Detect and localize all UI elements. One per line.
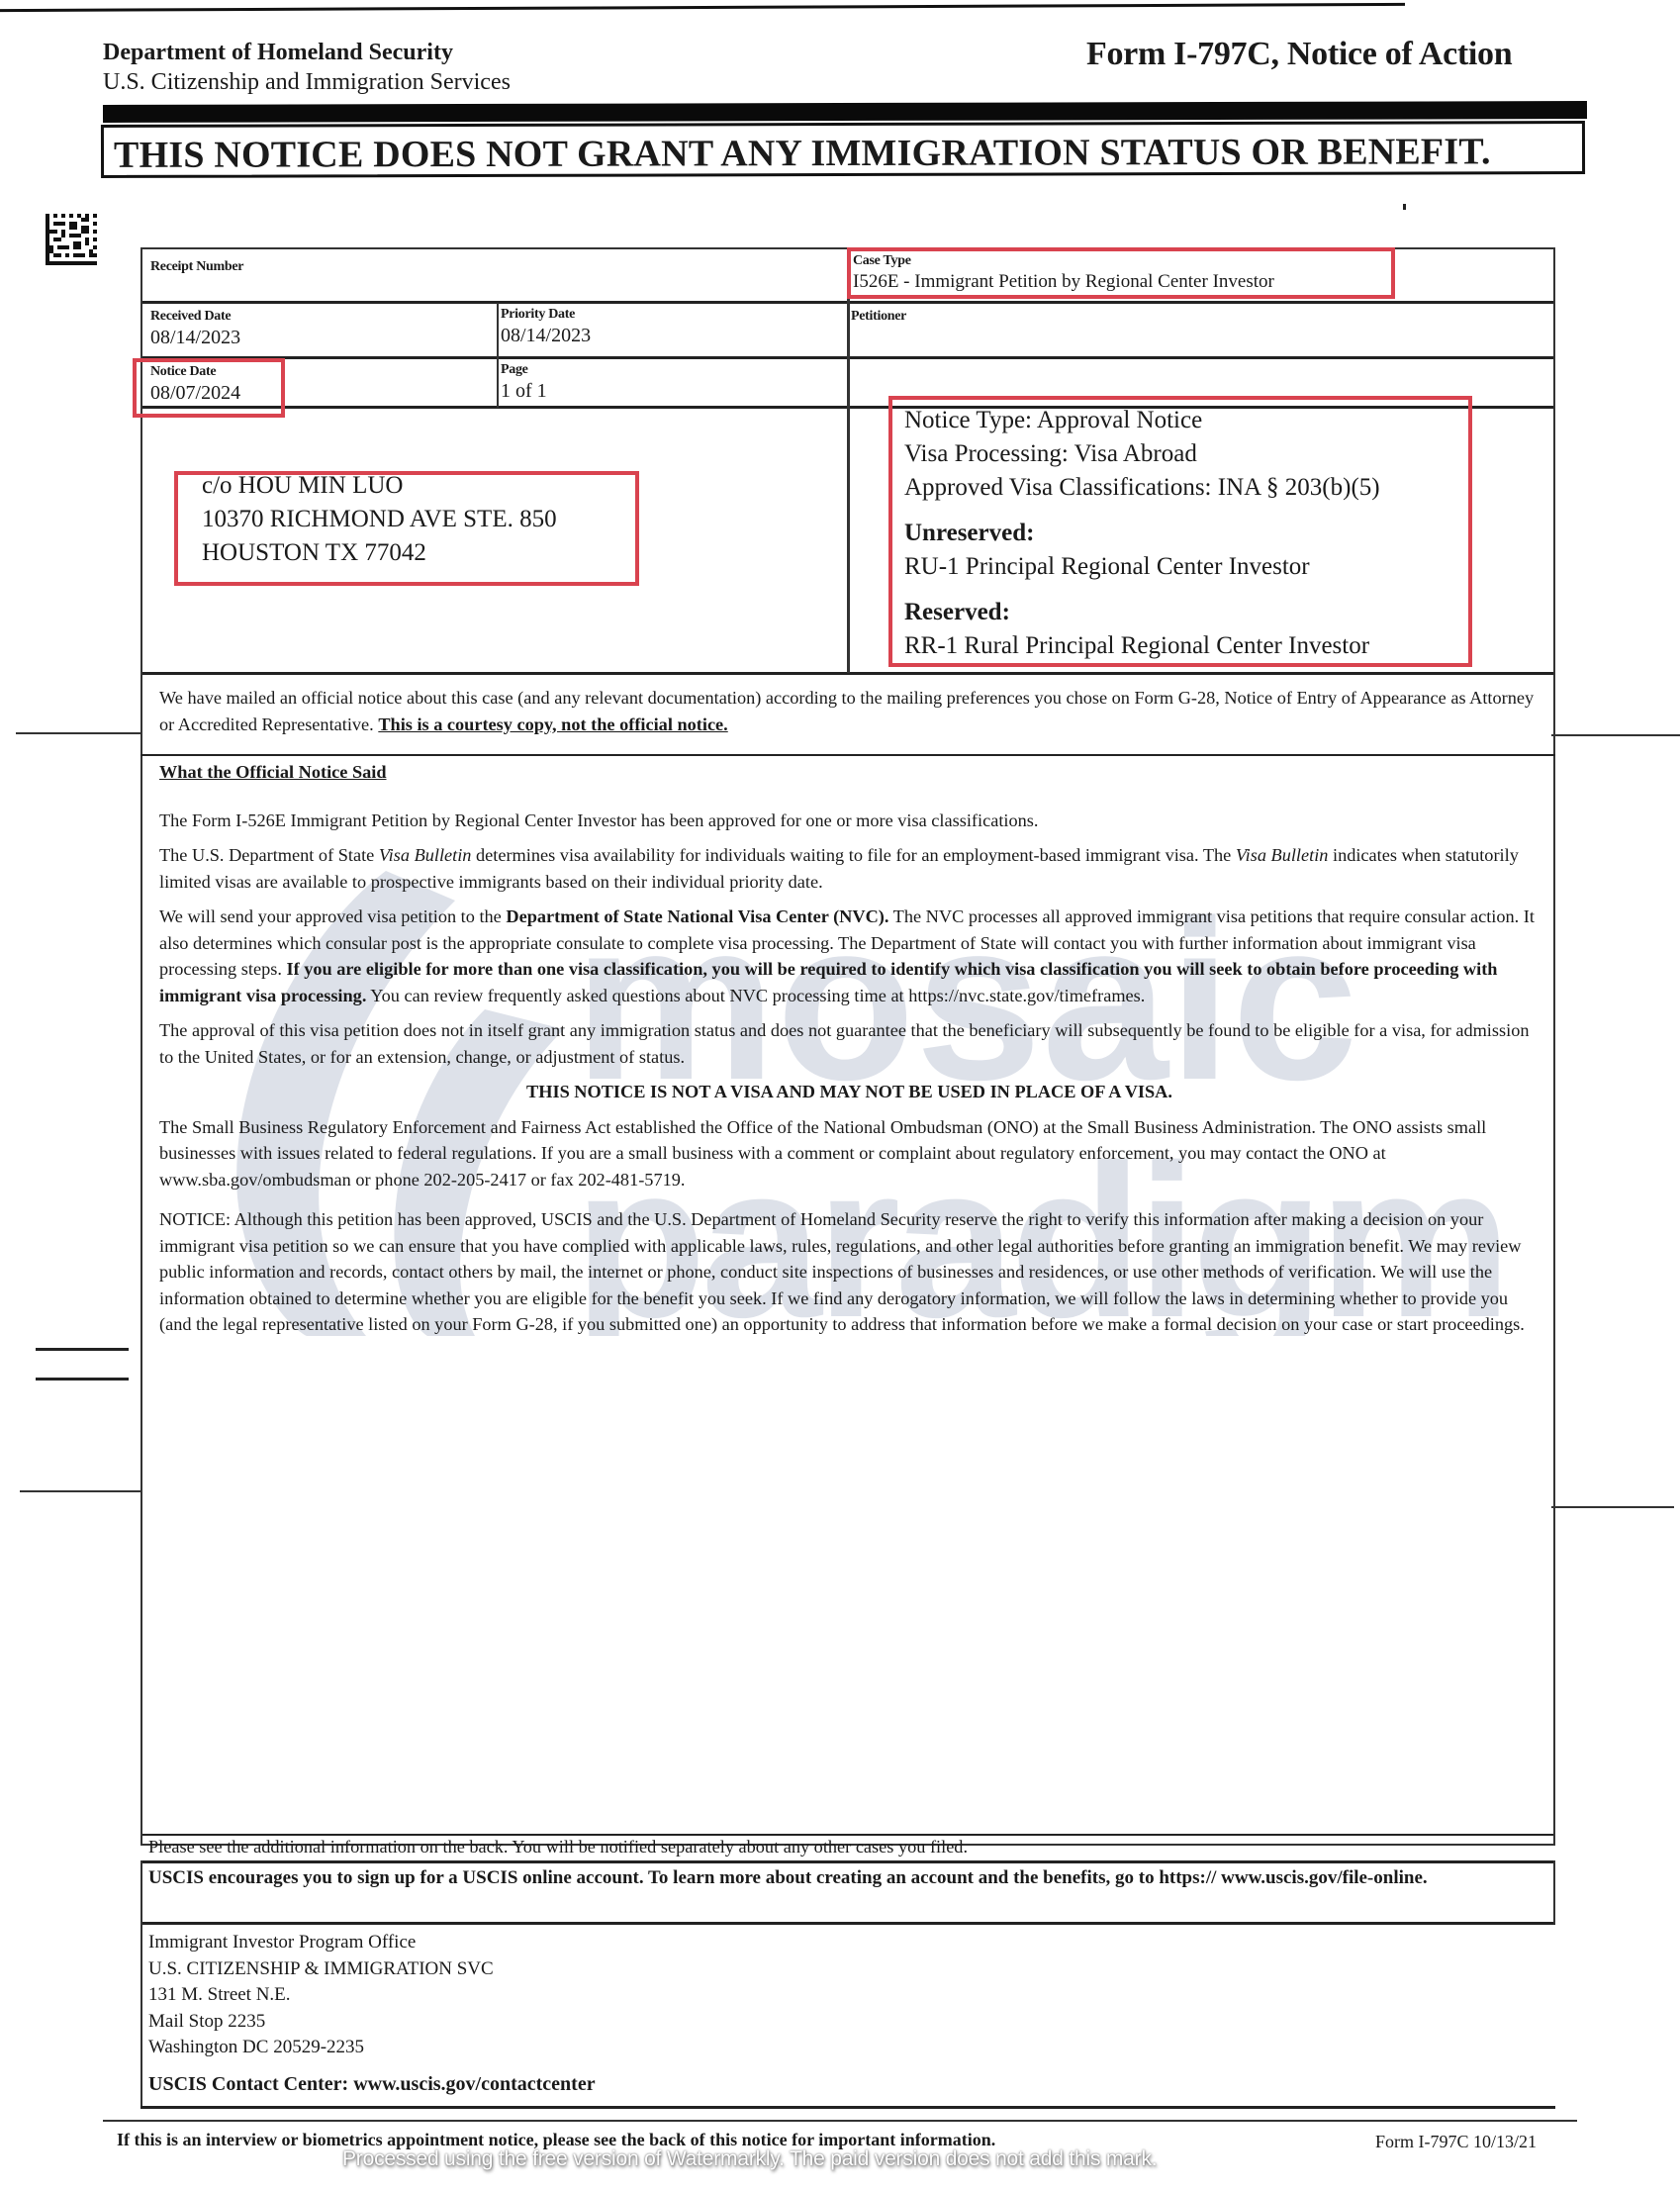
section-heading: What the Official Notice Said	[159, 759, 1540, 786]
courtesy-copy-note: This is a courtesy copy, not the officia…	[378, 714, 727, 734]
form-title: Form I-797C, Notice of Action	[1086, 36, 1512, 73]
scan-mark	[1551, 1506, 1674, 1508]
form-number: Form I-797C 10/13/21	[1375, 2132, 1537, 2152]
notice-date-highlight	[133, 358, 285, 418]
column-divider	[847, 249, 850, 673]
address-highlight	[174, 471, 639, 586]
page-value: 1 of 1	[501, 380, 547, 403]
contact-center-link[interactable]: USCIS Contact Center: www.uscis.gov/cont…	[148, 2073, 596, 2096]
header-bar	[103, 101, 1587, 123]
datamatrix-barcode-icon	[46, 214, 97, 265]
column-divider	[497, 303, 499, 408]
petitioner-label: Petitioner	[851, 309, 906, 325]
notice-body: We have mailed an official notice about …	[159, 685, 1540, 1347]
scan-mark	[20, 1490, 142, 1492]
received-date-value: 08/14/2023	[150, 327, 240, 349]
top-scan-line	[0, 3, 1405, 12]
page-label: Page	[501, 362, 528, 378]
received-date-label: Received Date	[150, 309, 231, 325]
divider	[142, 1834, 1553, 1836]
receipt-number-label: Receipt Number	[150, 259, 243, 275]
scan-mark	[36, 1378, 129, 1381]
not-a-visa-warning: THIS NOTICE IS NOT A VISA AND MAY NOT BE…	[159, 1079, 1540, 1105]
scan-mark	[1551, 734, 1680, 736]
status-banner-text: THIS NOTICE DOES NOT GRANT ANY IMMIGRATI…	[114, 130, 1491, 177]
divider	[140, 1860, 1555, 1863]
processing-watermark-text: Processed using the free version of Wate…	[342, 2147, 1157, 2171]
divider	[103, 2120, 1577, 2122]
additional-info-note: Please see the additional information on…	[148, 1837, 968, 1858]
priority-date-value: 08/14/2023	[501, 325, 591, 347]
mailed-notice-paragraph: We have mailed an official notice about …	[159, 685, 1540, 737]
office-address: Immigrant Investor Program Office U.S. C…	[148, 1930, 494, 2061]
department-name: Department of Homeland Security	[103, 40, 453, 66]
ombudsman-paragraph: The Small Business Regulatory Enforcemen…	[159, 1114, 1540, 1193]
approval-paragraph: The Form I-526E Immigrant Petition by Re…	[159, 808, 1540, 834]
divider	[140, 1922, 1555, 1925]
scan-speck	[1403, 204, 1406, 210]
box-edge	[140, 1860, 142, 2108]
nvc-paragraph: We will send your approved visa petition…	[159, 904, 1540, 1008]
status-disclaimer-paragraph: The approval of this visa petition does …	[159, 1017, 1540, 1070]
visa-bulletin-paragraph: The U.S. Department of State Visa Bullet…	[159, 842, 1540, 895]
scan-mark	[36, 1348, 129, 1351]
divider	[140, 2106, 1555, 2109]
box-edge	[1553, 1860, 1555, 1924]
verification-notice-paragraph: NOTICE: Although this petition has been …	[159, 1206, 1540, 1338]
details-highlight	[888, 396, 1472, 667]
priority-date-label: Priority Date	[501, 307, 575, 323]
scan-mark	[16, 732, 142, 734]
case-type-highlight	[847, 247, 1395, 299]
status-banner: THIS NOTICE DOES NOT GRANT ANY IMMIGRATI…	[101, 121, 1585, 178]
agency-name: U.S. Citizenship and Immigration Service…	[103, 69, 511, 96]
online-account-note: USCIS encourages you to sign up for a US…	[148, 1864, 1534, 1891]
